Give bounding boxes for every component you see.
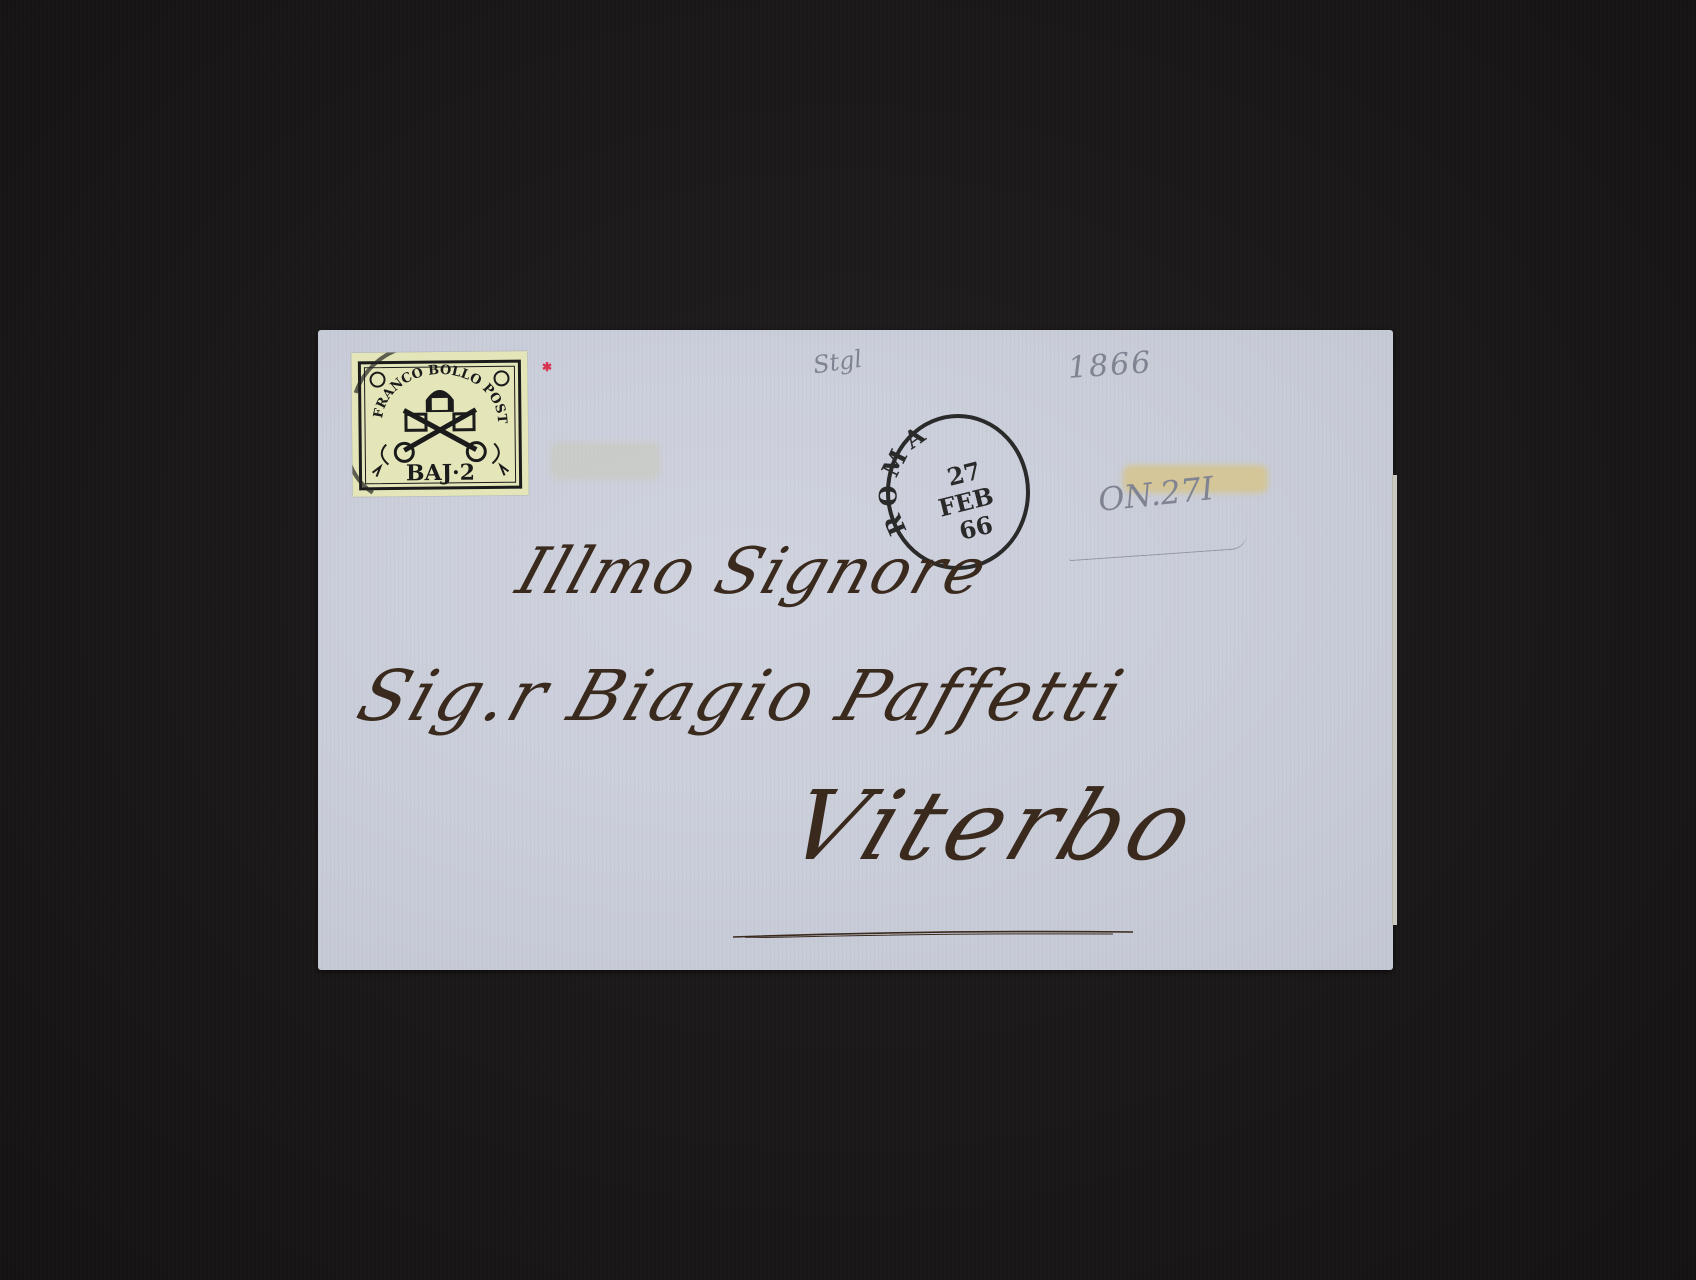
- papal-keys-stamp-icon: FRANCO BOLLO POSTALE BAJ·2: [351, 351, 528, 497]
- pencil-note-top-left: Stgl: [811, 345, 864, 380]
- svg-text:BAJ·2: BAJ·2: [406, 460, 475, 487]
- red-expertizing-mark: ✱: [542, 360, 552, 374]
- pencil-note-reference: ON.27I: [1096, 469, 1215, 519]
- stain-mark: [550, 442, 660, 480]
- pencil-flourish: [1068, 532, 1249, 562]
- address-recipient: Sig.r Biagio Paffetti: [348, 655, 1136, 737]
- fold-edge: [1392, 475, 1397, 925]
- postal-cover: FRANCO BOLLO POSTALE BAJ·2 ✱ Stgl 1866 O…: [318, 330, 1393, 970]
- svg-text:ROMA: ROMA: [878, 417, 935, 540]
- city-underline: [733, 930, 1133, 938]
- stamp: FRANCO BOLLO POSTALE BAJ·2: [351, 351, 528, 497]
- address-salutation: Illmo Signore: [508, 535, 997, 609]
- address-city: Viterbo: [773, 770, 1215, 882]
- pencil-note-year: 1866: [1067, 345, 1154, 386]
